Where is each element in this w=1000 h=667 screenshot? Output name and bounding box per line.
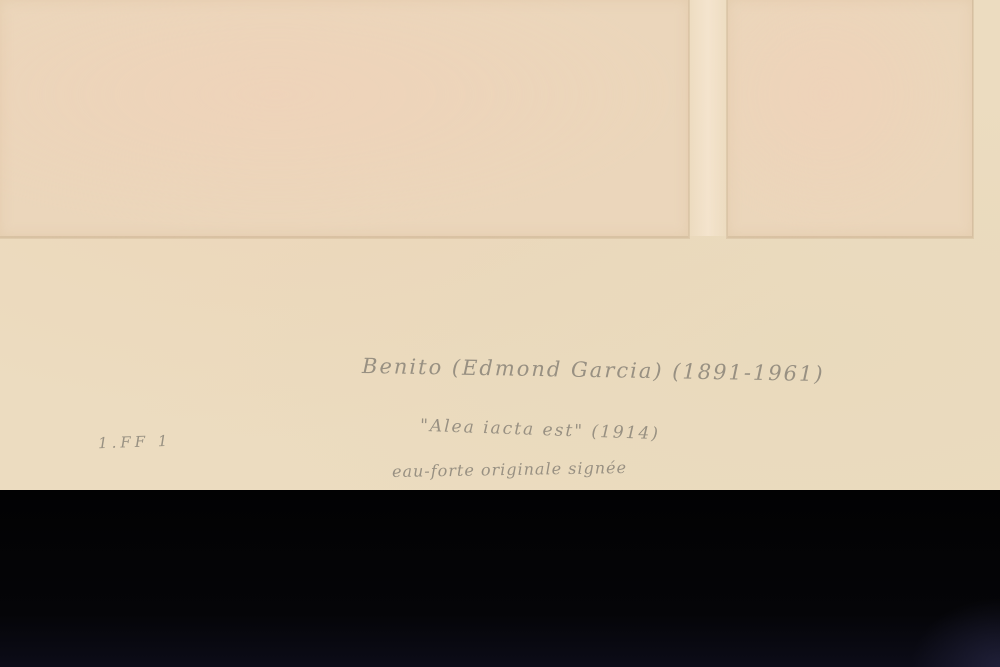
artist-inscription: Benito (Edmond Garcia) (1891-1961) — [362, 354, 825, 386]
technique-inscription: eau-forte originale signée — [392, 458, 627, 481]
plate-mark-right — [727, 0, 973, 238]
plate-gutter — [690, 0, 726, 236]
title-inscription: "Alea iacta est" (1914) — [420, 416, 661, 444]
dark-frame-background — [0, 490, 1000, 667]
photo-stage: Benito (Edmond Garcia) (1891-1961) "Alea… — [0, 0, 1000, 667]
frame-glare — [910, 597, 1000, 667]
print-paper-sheet: Benito (Edmond Garcia) (1891-1961) "Alea… — [0, 0, 1000, 490]
reference-inscription: 1.FF 1 — [98, 432, 172, 453]
plate-mark-left — [0, 0, 689, 238]
